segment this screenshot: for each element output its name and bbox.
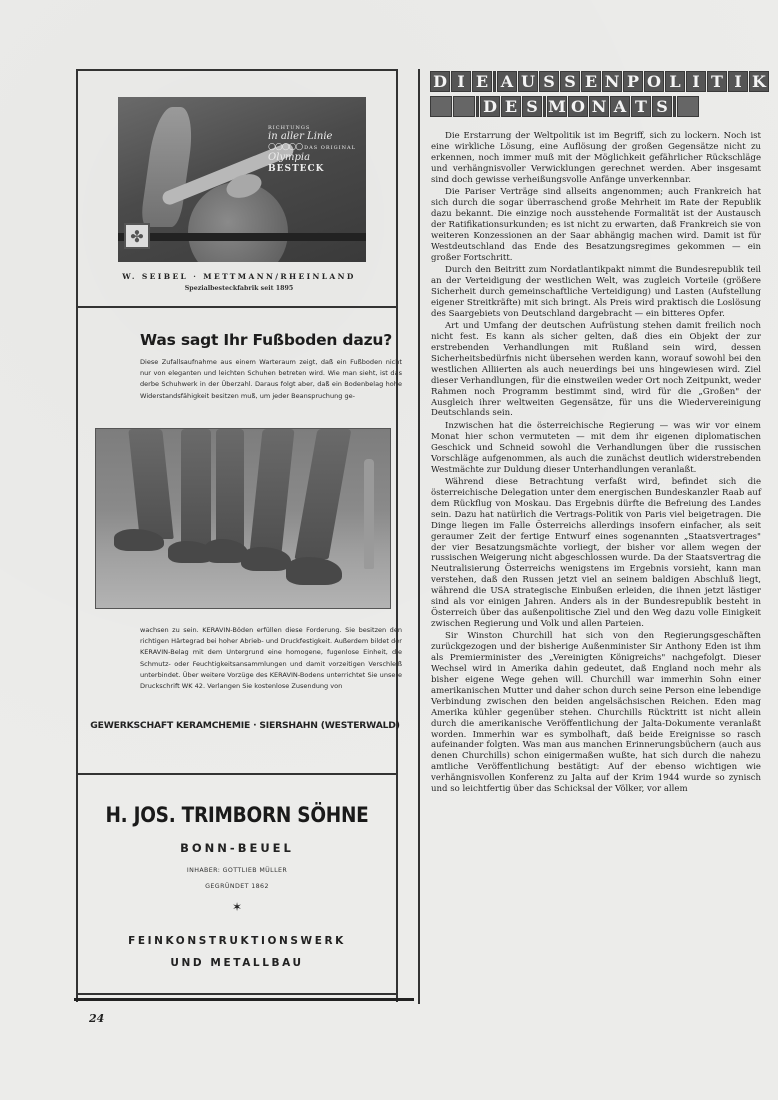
title-letter-tile <box>453 96 475 117</box>
article-paragraph: Sir Winston Churchill hat sich von den R… <box>431 631 761 795</box>
article-title-line-1: DIEAUSSENPOLITIK <box>430 71 769 92</box>
olympia-besteck-illustration: ✤ RICHTUNGS in aller Linie ○○○○○ DAS ORI… <box>118 97 366 262</box>
ad-divider <box>76 306 398 308</box>
article-title-line-2: DESMONATS <box>430 96 699 117</box>
article-paragraph: Inzwischen hat die österreichische Regie… <box>431 421 761 476</box>
title-letter-tile: K <box>749 71 769 92</box>
title-letter-tile: O <box>644 71 664 92</box>
bottom-rule <box>74 998 414 1001</box>
article-paragraph: Durch den Beitritt zum Nordatlantikpakt … <box>431 265 761 320</box>
title-letter-tile: P <box>623 71 643 92</box>
seibel-slogan: RICHTUNGS in aller Linie ○○○○○ DAS ORIGI… <box>268 125 358 174</box>
trimborn-owner: INHABER: GOTTLIEB MÜLLER <box>78 867 396 874</box>
runner-figure <box>140 107 197 227</box>
title-letter-tile: N <box>602 71 622 92</box>
slogan-script: in aller Linie <box>268 131 358 142</box>
article-paragraph: Während diese Betrachtung verfaßt wird, … <box>431 477 761 630</box>
title-letter-tile: A <box>497 71 517 92</box>
column-divider <box>418 69 420 1004</box>
olympic-rings-icon: ○○○○○ DAS ORIGINAL <box>268 142 358 152</box>
shoes-photo <box>95 428 391 609</box>
article-paragraph: Die Pariser Verträge sind allseits angen… <box>431 187 761 263</box>
title-letter-tile <box>677 96 699 117</box>
trimborn-company-name: H. JOS. TRIMBORN SÖHNE <box>97 803 377 827</box>
title-letter-tile <box>493 71 496 92</box>
title-letter-tile: E <box>472 71 492 92</box>
title-letter-tile: M <box>547 96 567 117</box>
slogan-besteck: BESTECK <box>268 164 358 174</box>
clover-logo-icon: ✤ <box>124 223 150 249</box>
dark-band <box>118 233 366 241</box>
title-letter-tile: T <box>707 71 727 92</box>
trimborn-business-line1: FEINKONSTRUKTIONSWERK <box>78 935 396 947</box>
trimborn-advertisement: H. JOS. TRIMBORN SÖHNE BONN-BEUEL INHABE… <box>76 773 398 995</box>
title-letter-tile: S <box>652 96 672 117</box>
title-letter-tile: O <box>568 96 588 117</box>
title-letter-tile: U <box>518 71 538 92</box>
title-letter-tile: T <box>631 96 651 117</box>
title-letter-tile: S <box>522 96 542 117</box>
magazine-page: ✤ RICHTUNGS in aller Linie ○○○○○ DAS ORI… <box>0 0 778 1100</box>
title-letter-tile <box>430 96 452 117</box>
title-letter-tile: S <box>560 71 580 92</box>
article-paragraph: Die Erstarrung der Weltpolitik ist im Be… <box>431 131 761 186</box>
title-letter-tile <box>543 96 546 117</box>
title-letter-tile: L <box>665 71 685 92</box>
article-body: Die Erstarrung der Weltpolitik ist im Be… <box>431 131 761 797</box>
slogan-olympia: Olympia <box>268 152 358 163</box>
title-letter-tile: A <box>610 96 630 117</box>
seibel-company-name: W. SEIBEL · METTMANN/RHEINLAND <box>80 272 398 281</box>
title-letter-tile: I <box>728 71 748 92</box>
seibel-advertisement: ✤ RICHTUNGS in aller Linie ○○○○○ DAS ORI… <box>80 92 398 312</box>
title-letter-tile: D <box>480 96 500 117</box>
title-letter-tile: D <box>430 71 450 92</box>
star-icon: ✶ <box>78 900 396 914</box>
keravin-text-bottom: wachsen zu sein. KERAVIN-Böden erfüllen … <box>140 625 402 692</box>
title-letter-tile: I <box>451 71 471 92</box>
title-letter-tile: S <box>539 71 559 92</box>
title-letter-tile: E <box>581 71 601 92</box>
title-letter-tile <box>476 96 479 117</box>
trimborn-city: BONN-BEUEL <box>78 841 396 855</box>
title-letter-tile <box>673 96 676 117</box>
keravin-text-top: Diese Zufallsaufnahme aus einem Warterau… <box>140 357 402 402</box>
title-letter-tile: E <box>501 96 521 117</box>
article-paragraph: Art und Umfang der deutschen Aufrüstung … <box>431 321 761 419</box>
seibel-tagline: Spezialbesteckfabrik seit 1895 <box>80 285 398 292</box>
trimborn-founded: GEGRÜNDET 1862 <box>78 883 396 890</box>
title-letter-tile: I <box>686 71 706 92</box>
keravin-company-name: GEWERKSCHAFT KERAMCHEMIE · SIERSHAHN (WE… <box>90 720 400 731</box>
page-number: 24 <box>89 1012 104 1025</box>
keravin-headline: Was sagt Ihr Fußboden dazu? <box>140 331 410 349</box>
trimborn-business-line2: UND METALLBAU <box>78 957 396 969</box>
title-letter-tile: N <box>589 96 609 117</box>
